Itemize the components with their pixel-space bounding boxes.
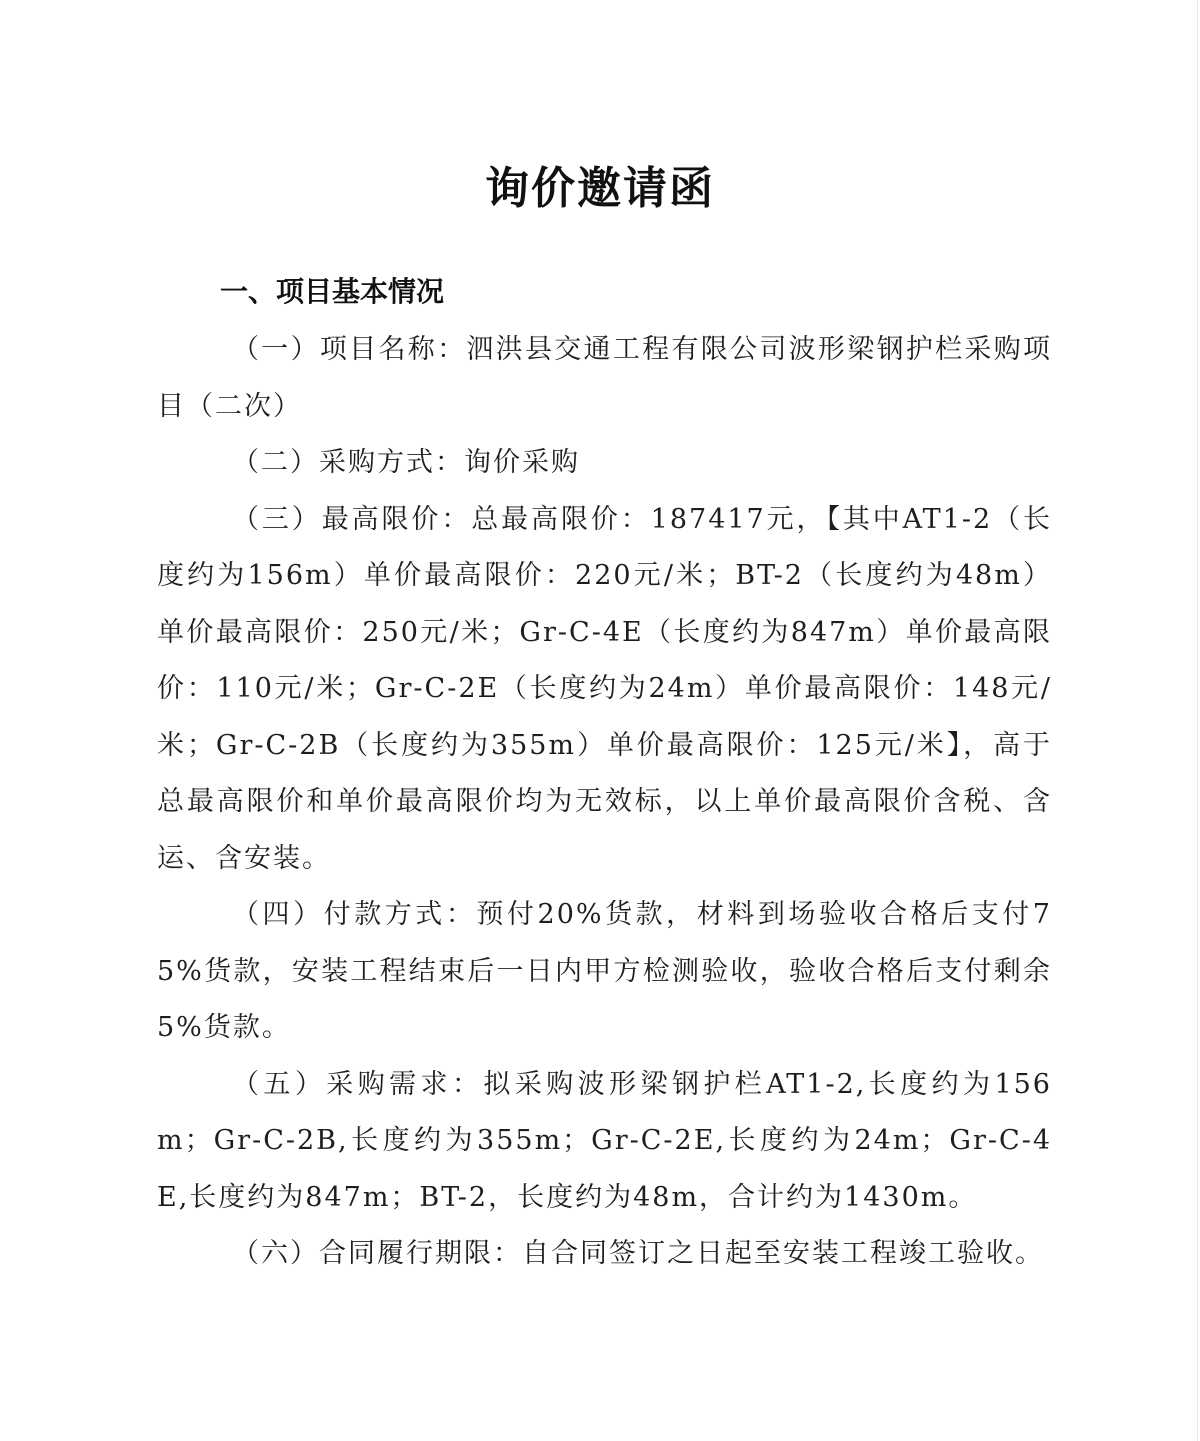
paragraph-payment-terms: （四）付款方式：预付20%货款，材料到场验收合格后支付75%货款，安装工程结束后… <box>157 887 1052 1057</box>
paragraph-procurement-method: （二）采购方式：询价采购 <box>157 435 1052 492</box>
section-heading-project-basics: 一、项目基本情况 <box>220 270 444 314</box>
paragraph-contract-period: （六）合同履行期限：自合同签订之日起至安装工程竣工验收。 <box>157 1226 1052 1283</box>
paragraph-project-name: （一）项目名称：泗洪县交通工程有限公司波形梁钢护栏采购项目（二次） <box>157 322 1052 435</box>
document-page: 询价邀请函 一、项目基本情况 （一）项目名称：泗洪县交通工程有限公司波形梁钢护栏… <box>0 0 1200 1441</box>
document-body: （一）项目名称：泗洪县交通工程有限公司波形梁钢护栏采购项目（二次） （二）采购方… <box>157 322 1052 1283</box>
paragraph-max-price: （三）最高限价：总最高限价：187417元，【其中AT1-2（长度约为156m）… <box>157 492 1052 888</box>
document-title: 询价邀请函 <box>0 161 1200 217</box>
paragraph-procurement-requirements: （五）采购需求：拟采购波形梁钢护栏AT1-2,长度约为156m；Gr-C-2B,… <box>157 1057 1052 1227</box>
